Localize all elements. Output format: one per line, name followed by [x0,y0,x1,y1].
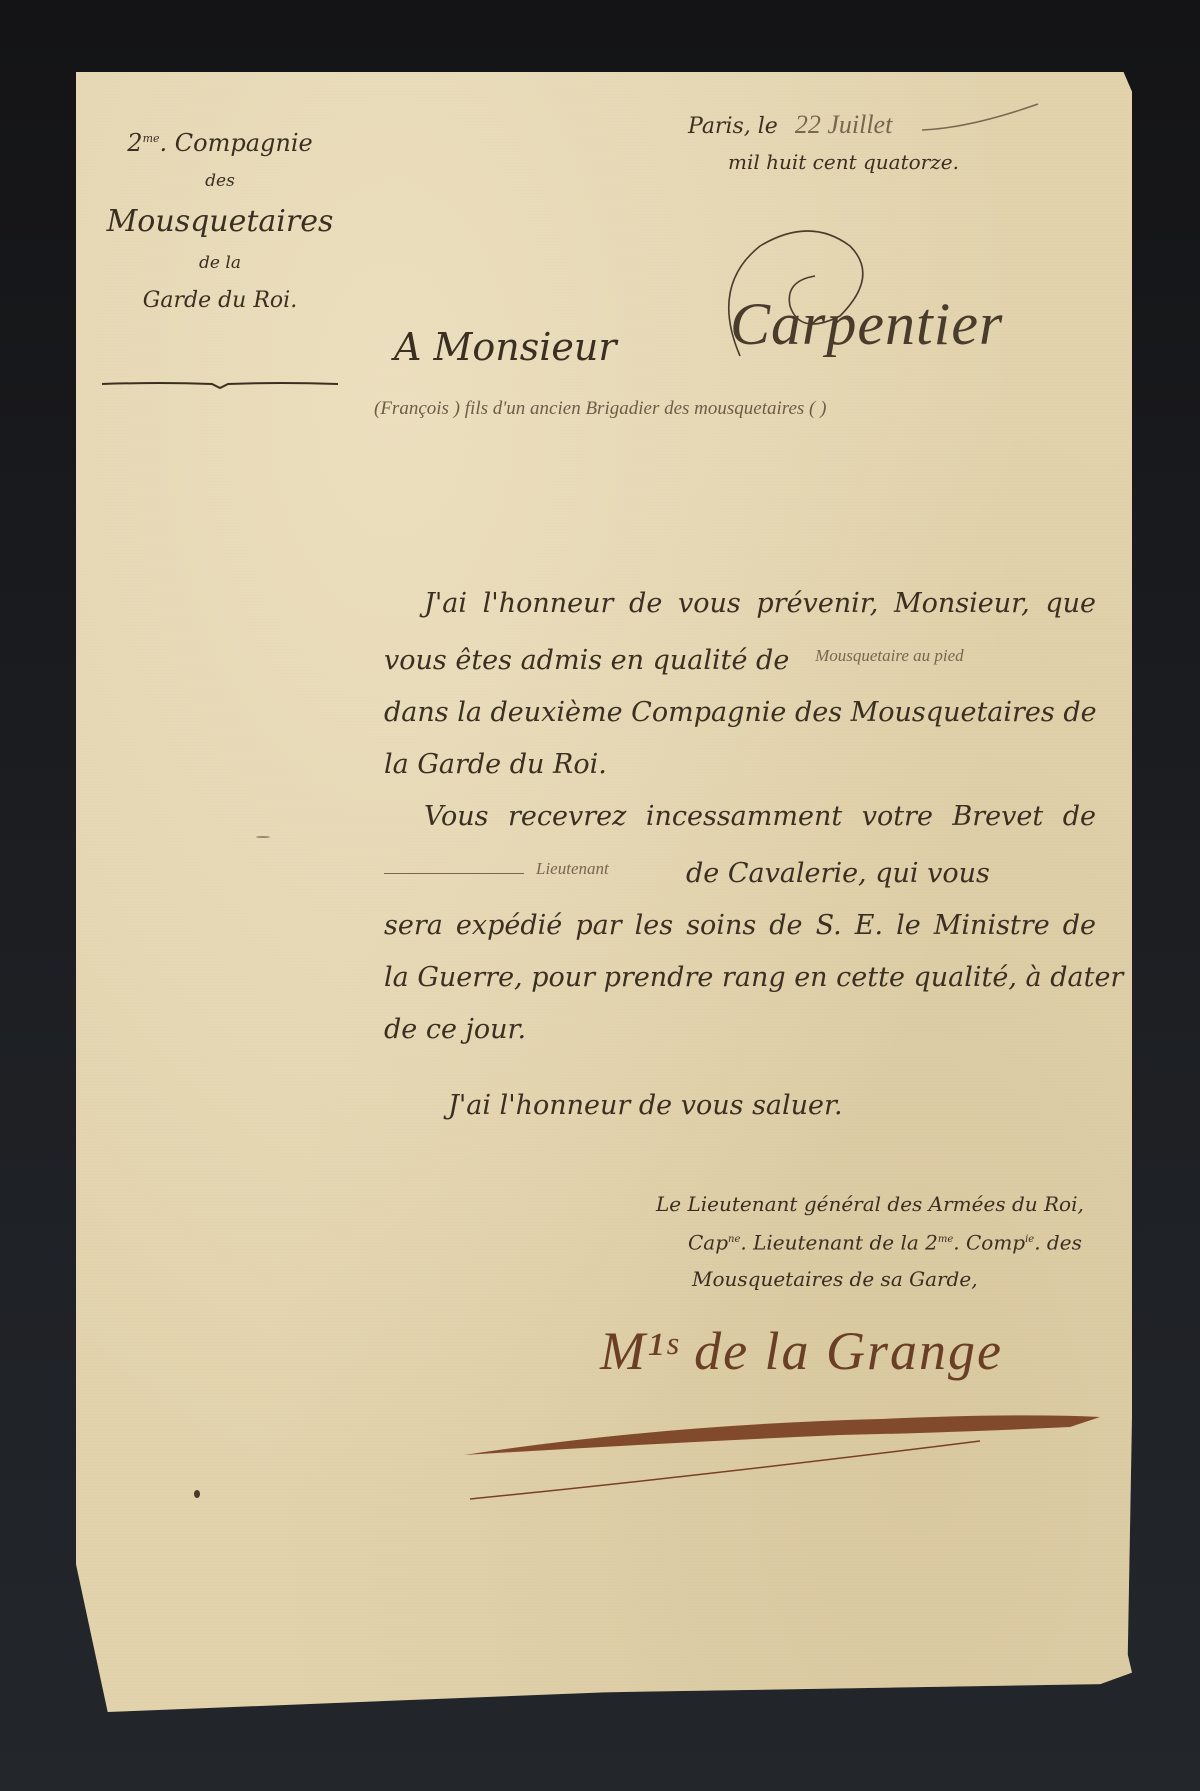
body-line-text: de Cavalerie, qui vous [686,858,990,889]
signer-abbrev: . Lieutenant de la 2 [740,1231,937,1255]
signer-abbrev-sup: ie [1025,1234,1034,1245]
signer-title-line: Capne. Lieutenant de la 2me. Compie. des [656,1222,1084,1261]
dateline-year: mil huit cent quatorze. [728,150,959,174]
body-line: sera expédié par les soins de S. E. le M… [384,900,1096,952]
dateline: Paris, le 22 Juillet [688,110,892,140]
signer-abbrev: Cap [688,1231,728,1255]
signer-abbrev: . Comp [953,1231,1025,1255]
letterhead-des: des [100,168,340,194]
letter-body: J'ai l'honneur de vous prévenir, Monsieu… [384,578,1096,1056]
body-line: la Garde du Roi. [384,739,1096,791]
letterhead-ordinal: 2 [127,129,142,157]
signer-title-line: Mousquetaires de sa Garde, [656,1261,1084,1297]
dateline-prefix: Paris, le [688,114,778,139]
body-line: vous êtes admis en qualité de Mousquetai… [384,630,1096,687]
paper-blemish [256,836,270,838]
letterhead-garde-du-roi: Garde du Roi. [100,284,340,318]
letterhead-de-la: de la [100,250,340,276]
signer-abbrev-sup: me [938,1234,953,1245]
signature-underline-stroke [460,1395,1120,1505]
letterhead-ordinal-suffix: me [143,132,160,145]
addressee-salutation: A Monsieur [394,325,617,369]
signer-title: Le Lieutenant général des Armées du Roi,… [656,1186,1084,1297]
signer-abbrev-sup: ne [728,1234,740,1245]
letterhead-company: 2me. Compagnie [100,122,340,160]
body-line: dans la deuxième Compagnie des Mousqueta… [384,687,1096,739]
letterhead-rule [100,380,340,390]
signature: M¹ˢ de la Grange [600,1320,1003,1382]
blank-fill-line [384,872,524,874]
body-line: J'ai l'honneur de vous prévenir, Monsieu… [384,578,1096,630]
body-line-text: vous êtes admis en qualité de [384,645,789,676]
dateline-day-month: 22 Juillet [795,110,892,139]
signer-abbrev: . des [1034,1231,1082,1255]
letterhead-compagnie: . Compagnie [160,129,313,157]
body-line: de ce jour. [384,1004,1096,1056]
letterhead: 2me. Compagnie des Mousquetaires de la G… [100,122,340,318]
handwritten-grade: Lieutenant [536,859,609,878]
addressee-name: Carpentier [730,290,1003,359]
date-flourish-stroke [920,100,1040,140]
paper-blemish [194,1490,200,1498]
signer-title-line: Le Lieutenant général des Armées du Roi, [656,1186,1084,1222]
body-line: la Guerre, pour prendre rang en cette qu… [384,952,1096,1004]
closing-salutation: J'ai l'honneur de vous saluer. [448,1090,843,1121]
body-line: Vous recevrez incessamment votre Brevet … [384,791,1096,843]
handwritten-rank: Mousquetaire au pied [815,646,964,665]
body-line: Lieutenant de Cavalerie, qui vous [384,843,1096,900]
addressee-note: (François ) fils d'un ancien Brigadier d… [374,398,826,420]
letterhead-mousquetaires: Mousquetaires [100,202,340,242]
